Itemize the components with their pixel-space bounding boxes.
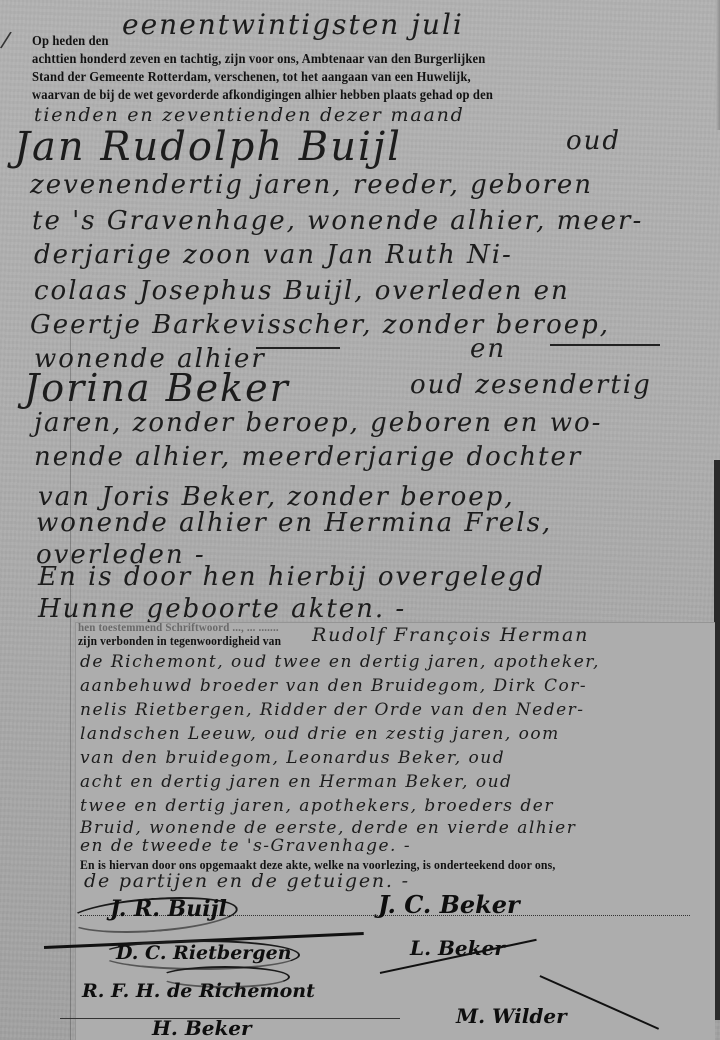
witness-line-7: acht en dertig jaren en Herman Beker, ou… [80,772,512,792]
witness-line-9: Bruid, wonende de eerste, derde en vierd… [80,818,576,838]
witness-line-2: de Richemont, oud twee en dertig jaren, … [80,652,600,672]
scanned-document-page: / Op heden den eenentwintigsten juli ach… [0,0,720,1040]
printed-intro: Op heden den [32,34,109,50]
bride-line-7: En is door hen hierbij overgelegd [38,562,545,592]
page-edge-shadow [716,0,720,130]
bride-line-8: Hunne geboorte akten. - [38,594,406,624]
conjunction-and: en [470,334,506,364]
printed-line-3: Stand der Gemeente Rotterdam, verschenen… [32,70,471,86]
signature-witness-h-beker: H. Beker [152,1016,252,1040]
witness-line-4: nelis Rietbergen, Ridder der Orde van de… [80,700,585,720]
witness-line-6: van den bruidegom, Leonardus Beker, oud [80,748,505,768]
signature-bride: J. C. Beker [378,890,520,919]
printed-line-4: waarvan de bij de wet gevorderde afkondi… [32,88,493,104]
handwritten-date: eenentwintigsten juli [122,8,464,41]
groom-line-6: Geertje Barkevisscher, zonder beroep, [30,310,610,340]
handwritten-closing: de partijen en de getuigen. - [84,870,410,892]
witness-line-8: twee en dertig jaren, apothekers, broede… [80,796,554,816]
groom-line-1: oud [566,126,621,156]
signature-groom: J. R. Buijl [110,896,227,922]
filler-dash [256,347,340,349]
bride-line-5: wonende alhier en Hermina Frels, [36,508,552,538]
groom-line-2: zevenendertig jaren, reeder, geboren [30,170,593,200]
signature-official: M. Wilder [456,1004,567,1028]
bride-name: Jorina Beker [24,366,290,410]
bride-line-2: jaren, zonder beroep, geboren en wo- [34,408,602,438]
margin-check-mark: / [0,27,13,53]
printed-faded-line: hen toestemmend Schriftwoord ..., ... ..… [78,622,279,635]
bride-line-1: oud zesendertig [410,370,652,400]
printed-witness-intro: zijn verbonden in tegenwoordigheid van [78,636,281,649]
groom-name: Jan Rudolph Buijl [14,124,402,170]
groom-line-4: derjarige zoon van Jan Ruth Ni- [34,240,513,270]
handwritten-proclamation-dates: tienden en zeventienden dezer maand [34,104,465,126]
groom-line-3: te 's Gravenhage, wonende alhier, meer- [32,206,643,236]
signature-witness-rietbergen: D. C. Rietbergen [116,942,292,964]
bride-line-3: nende alhier, meerderjarige dochter [34,442,582,472]
filler-dash [550,344,660,346]
witness-line-1: Rudolf François Herman [312,624,589,646]
groom-line-5: colaas Josephus Buijl, overleden en [34,276,570,306]
witness-line-3: aanbehuwd broeder van den Bruidegom, Dir… [80,676,587,696]
witness-line-10: en de tweede te 's-Gravenhage. - [80,836,411,856]
witness-line-5: landschen Leeuw, oud drie en zestig jare… [80,724,560,744]
printed-line-2: achttien honderd zeven en tachtig, zijn … [32,52,485,68]
signature-witness-richemont: R. F. H. de Richemont [82,980,315,1002]
